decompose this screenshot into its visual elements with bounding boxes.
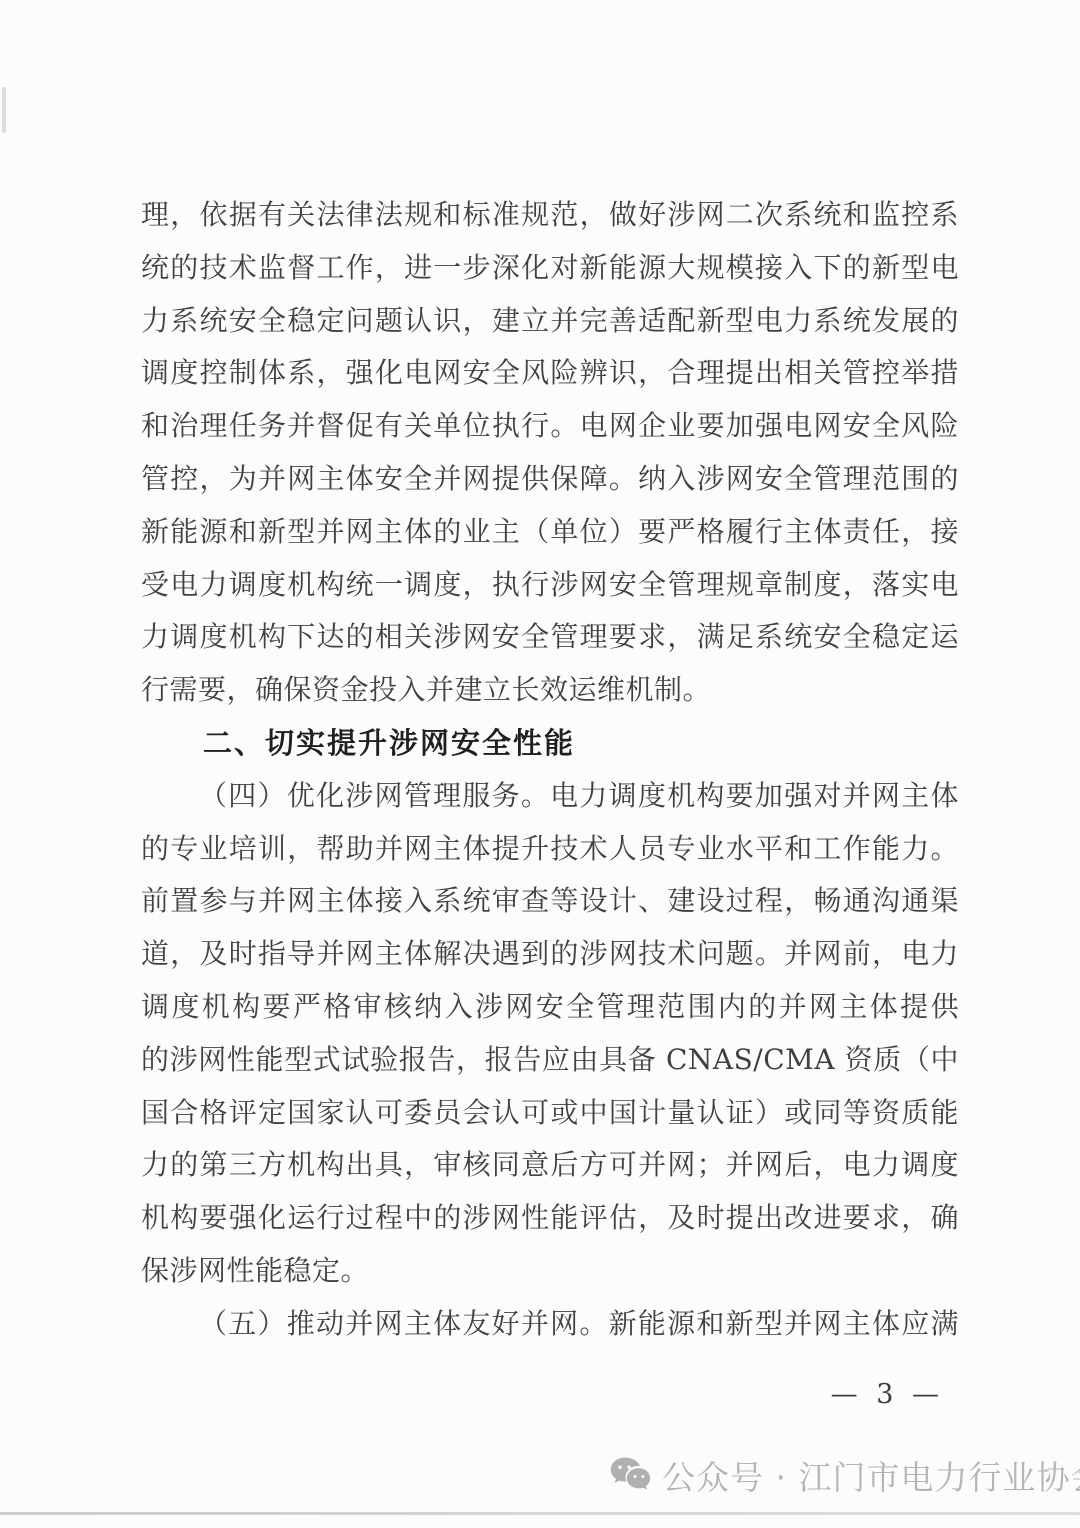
text-line: 管控，为并网主体安全并网提供保障。纳入涉网安全管理范围的	[141, 453, 959, 506]
text-line: 统的技术监督工作，进一步深化对新能源大规模接入下的新型电	[141, 242, 959, 295]
text-line: 行需要，确保资金投入并建立长效运维机制。	[141, 664, 959, 717]
section-heading: 二、切实提升涉网安全性能	[141, 717, 959, 770]
text-line: 新能源和新型并网主体的业主（单位）要严格履行主体责任，接	[141, 506, 959, 559]
text-line: 力的第三方机构出具，审核同意后方可并网；并网后，电力调度	[141, 1139, 959, 1192]
scan-artifact	[2, 87, 6, 133]
text-line: 前置参与并网主体接入系统审查等设计、建设过程，畅通沟通渠	[141, 875, 959, 928]
text-line: 和治理任务并督促有关单位执行。电网企业要加强电网安全风险	[141, 400, 959, 453]
scanned-document-page: 理，依据有关法律法规和标准规范，做好涉网二次系统和监控系 统的技术监督工作，进一…	[0, 0, 1080, 1528]
text-line: （五）推动并网主体友好并网。新能源和新型并网主体应满	[141, 1298, 959, 1351]
text-line: 力调度机构下达的相关涉网安全管理要求，满足系统安全稳定运	[141, 611, 959, 664]
text-line: 理，依据有关法律法规和标准规范，做好涉网二次系统和监控系	[141, 189, 959, 242]
text-line: 的专业培训，帮助并网主体提升技术人员专业水平和工作能力。	[141, 823, 959, 876]
text-line: 力系统安全稳定问题认识，建立并完善适配新型电力系统发展的	[141, 295, 959, 348]
text-line: 的涉网性能型式试验报告，报告应由具备 CNAS/CMA 资质（中	[141, 1034, 959, 1087]
text-line: 保涉网性能稳定。	[141, 1245, 959, 1298]
text-line: 调度控制体系，强化电网安全风险辨识，合理提出相关管控举措	[141, 347, 959, 400]
scan-bottom-edge	[0, 1512, 1080, 1515]
page-number: — 3 —	[831, 1376, 944, 1414]
text-line: 受电力调度机构统一调度，执行涉网安全管理规章制度，落实电	[141, 559, 959, 612]
text-line: 调度机构要严格审核纳入涉网安全管理范围内的并网主体提供	[141, 981, 959, 1034]
text-line: 国合格评定国家认可委员会认可或中国计量认证）或同等资质能	[141, 1087, 959, 1140]
document-body: 理，依据有关法律法规和标准规范，做好涉网二次系统和监控系 统的技术监督工作，进一…	[141, 189, 959, 1351]
text-line: （四）优化涉网管理服务。电力调度机构要加强对并网主体	[141, 770, 959, 823]
wechat-icon	[608, 1454, 652, 1498]
text-line: 道，及时指导并网主体解决遇到的涉网技术问题。并网前，电力	[141, 928, 959, 981]
watermark: 公众号 · 江门市电力行业协会	[608, 1452, 1080, 1499]
watermark-text: 公众号 · 江门市电力行业协会	[662, 1452, 1080, 1499]
text-line: 机构要强化运行过程中的涉网性能评估，及时提出改进要求，确	[141, 1192, 959, 1245]
